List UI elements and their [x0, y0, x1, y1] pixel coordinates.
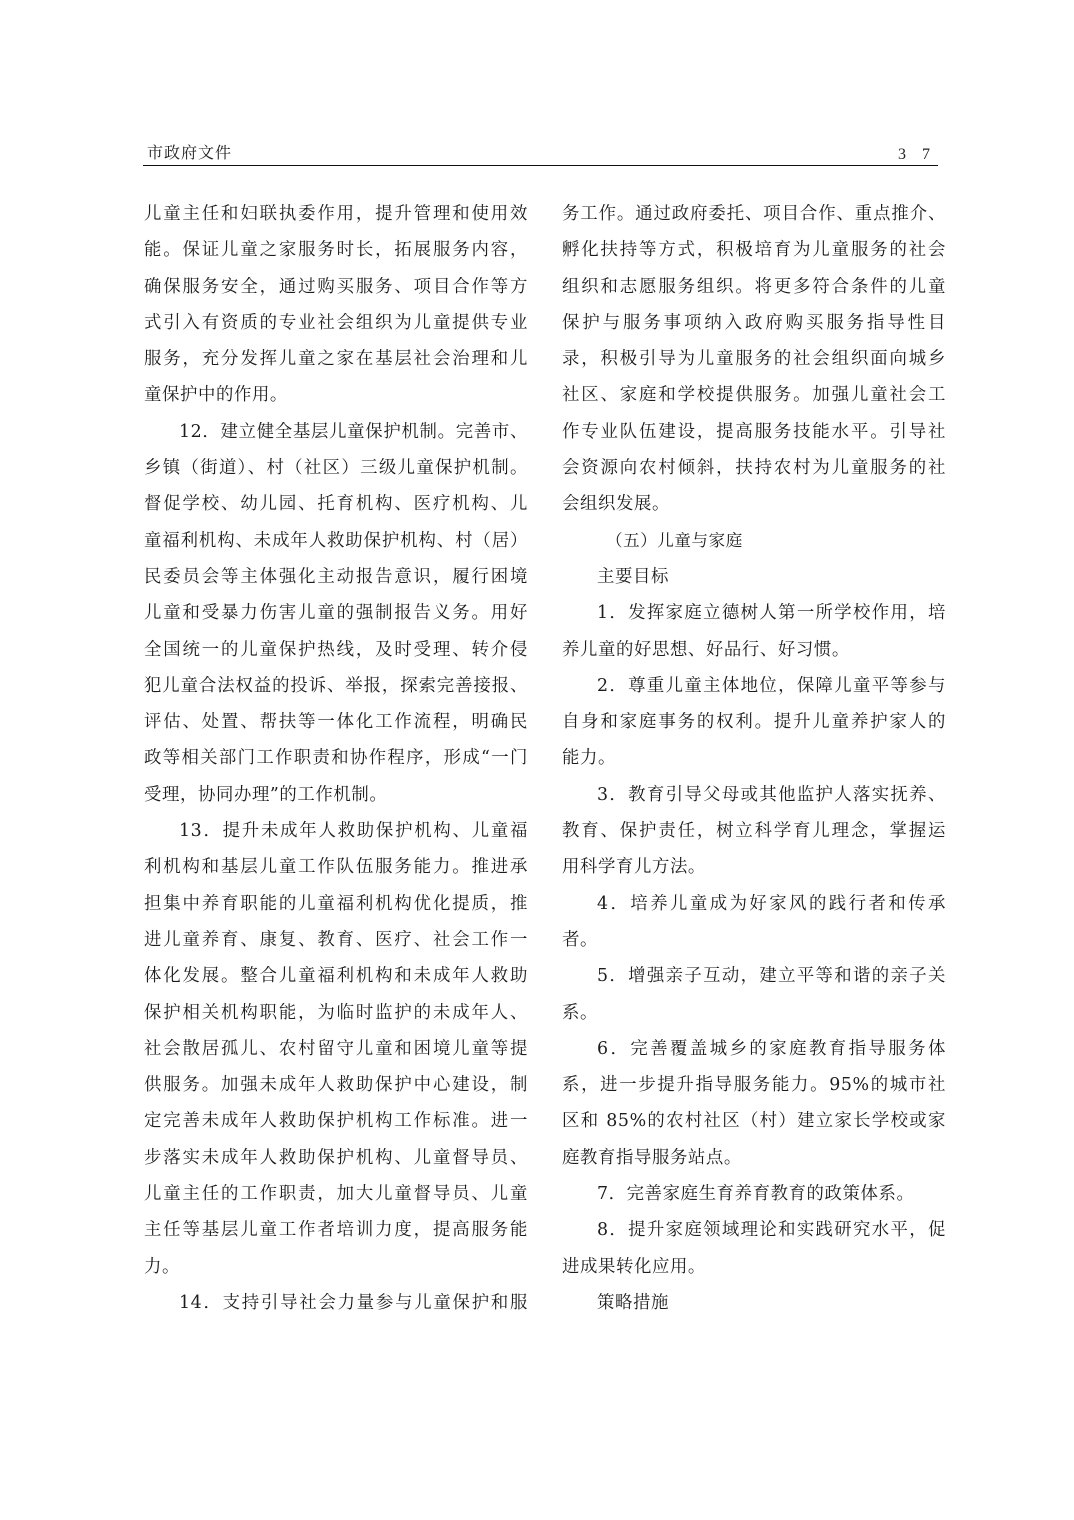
- text-line: 8．提升家庭领域理论和实践研究水平，促: [562, 1212, 946, 1248]
- text-line: 社会散居孤儿、农村留守儿童和困境儿童等提: [144, 1031, 528, 1067]
- text-line: 系，进一步提升指导服务能力。95%的城市社: [562, 1067, 946, 1103]
- text-line: 定完善未成年人救助保护机构工作标准。进一: [144, 1103, 528, 1139]
- text-line: 督促学校、幼儿园、托育机构、医疗机构、儿: [144, 486, 528, 522]
- text-line: 14．支持引导社会力量参与儿童保护和服: [144, 1285, 528, 1321]
- text-line: 乡镇（街道）、村（社区）三级儿童保护机制。: [144, 450, 528, 486]
- text-line: 保护与服务事项纳入政府购买服务指导性目: [562, 305, 946, 341]
- text-line: 供服务。加强未成年人救助保护中心建设，制: [144, 1067, 528, 1103]
- text-line: 养儿童的好思想、好品行、好习惯。: [562, 632, 946, 668]
- text-line: 录，积极引导为儿童服务的社会组织面向城乡: [562, 341, 946, 377]
- text-line: 力。: [144, 1249, 528, 1285]
- text-line: 教育、保护责任，树立科学育儿理念，掌握运: [562, 813, 946, 849]
- text-line: 儿童主任和妇联执委作用，提升管理和使用效: [144, 196, 528, 232]
- text-line: 主任等基层儿童工作者培训力度，提高服务能: [144, 1212, 528, 1248]
- text-line: 庭教育指导服务站点。: [562, 1140, 946, 1176]
- text-line: 受理，协同办理”的工作机制。: [144, 777, 528, 813]
- text-line: 孵化扶持等方式，积极培育为儿童服务的社会: [562, 232, 946, 268]
- right-text-column: 务工作。通过政府委托、项目合作、重点推介、孵化扶持等方式，积极培育为儿童服务的社…: [562, 196, 946, 1321]
- text-line: 系。: [562, 995, 946, 1031]
- text-line: 担集中养育职能的儿童福利机构优化提质，推: [144, 886, 528, 922]
- text-line: 社区、家庭和学校提供服务。加强儿童社会工: [562, 377, 946, 413]
- text-line: 3．教育引导父母或其他监护人落实抚养、: [562, 777, 946, 813]
- text-line: 确保服务安全，通过购买服务、项目合作等方: [144, 269, 528, 305]
- text-line: 13．提升未成年人救助保护机构、儿童福: [144, 813, 528, 849]
- text-line: 能。保证儿童之家服务时长，拓展服务内容，: [144, 232, 528, 268]
- text-line: 者。: [562, 922, 946, 958]
- page-number: 3 7: [898, 146, 936, 164]
- text-line: 体化发展。整合儿童福利机构和未成年人救助: [144, 958, 528, 994]
- text-line: 主要目标: [562, 559, 946, 595]
- text-line: 式引入有资质的专业社会组织为儿童提供专业: [144, 305, 528, 341]
- text-line: 12．建立健全基层儿童保护机制。完善市、: [144, 414, 528, 450]
- text-line: 全国统一的儿童保护热线，及时受理、转介侵: [144, 632, 528, 668]
- text-line: 区和 85%的农村社区（村）建立家长学校或家: [562, 1103, 946, 1139]
- text-line: 童福利机构、未成年人救助保护机构、村（居）: [144, 523, 528, 559]
- text-line: 民委员会等主体强化主动报告意识，履行困境: [144, 559, 528, 595]
- text-line: 4．培养儿童成为好家风的践行者和传承: [562, 886, 946, 922]
- text-line: 策略措施: [562, 1285, 946, 1321]
- document-series-title: 市政府文件: [147, 140, 232, 163]
- text-line: 进儿童养育、康复、教育、医疗、社会工作一: [144, 922, 528, 958]
- text-line: 7．完善家庭生育养育教育的政策体系。: [562, 1176, 946, 1212]
- text-line: 组织和志愿服务组织。将更多符合条件的儿童: [562, 269, 946, 305]
- running-header: 市政府文件 3 7: [143, 140, 938, 166]
- text-line: 童保护中的作用。: [144, 377, 528, 413]
- text-line: 用科学育儿方法。: [562, 849, 946, 885]
- text-line: 作专业队伍建设，提高服务技能水平。引导社: [562, 414, 946, 450]
- text-line: 政等相关部门工作职责和协作程序，形成“一门: [144, 740, 528, 776]
- text-line: 6．完善覆盖城乡的家庭教育指导服务体: [562, 1031, 946, 1067]
- text-line: 儿童和受暴力伤害儿童的强制报告义务。用好: [144, 595, 528, 631]
- left-text-column: 儿童主任和妇联执委作用，提升管理和使用效能。保证儿童之家服务时长，拓展服务内容，…: [144, 196, 528, 1321]
- text-line: （五）儿童与家庭: [562, 523, 946, 559]
- text-line: 1．发挥家庭立德树人第一所学校作用，培: [562, 595, 946, 631]
- header-divider: [143, 165, 938, 166]
- text-line: 保护相关机构职能，为临时监护的未成年人、: [144, 995, 528, 1031]
- text-line: 会组织发展。: [562, 486, 946, 522]
- text-line: 评估、处置、帮扶等一体化工作流程，明确民: [144, 704, 528, 740]
- text-line: 进成果转化应用。: [562, 1249, 946, 1285]
- text-line: 犯儿童合法权益的投诉、举报，探索完善接报、: [144, 668, 528, 704]
- text-line: 自身和家庭事务的权利。提升儿童养护家人的: [562, 704, 946, 740]
- text-line: 利机构和基层儿童工作队伍服务能力。推进承: [144, 849, 528, 885]
- text-line: 务工作。通过政府委托、项目合作、重点推介、: [562, 196, 946, 232]
- text-line: 儿童主任的工作职责，加大儿童督导员、儿童: [144, 1176, 528, 1212]
- text-line: 会资源向农村倾斜，扶持农村为儿童服务的社: [562, 450, 946, 486]
- text-line: 5．增强亲子互动，建立平等和谐的亲子关: [562, 958, 946, 994]
- text-line: 2．尊重儿童主体地位，保障儿童平等参与: [562, 668, 946, 704]
- text-line: 服务，充分发挥儿童之家在基层社会治理和儿: [144, 341, 528, 377]
- text-line: 能力。: [562, 740, 946, 776]
- text-line: 步落实未成年人救助保护机构、儿童督导员、: [144, 1140, 528, 1176]
